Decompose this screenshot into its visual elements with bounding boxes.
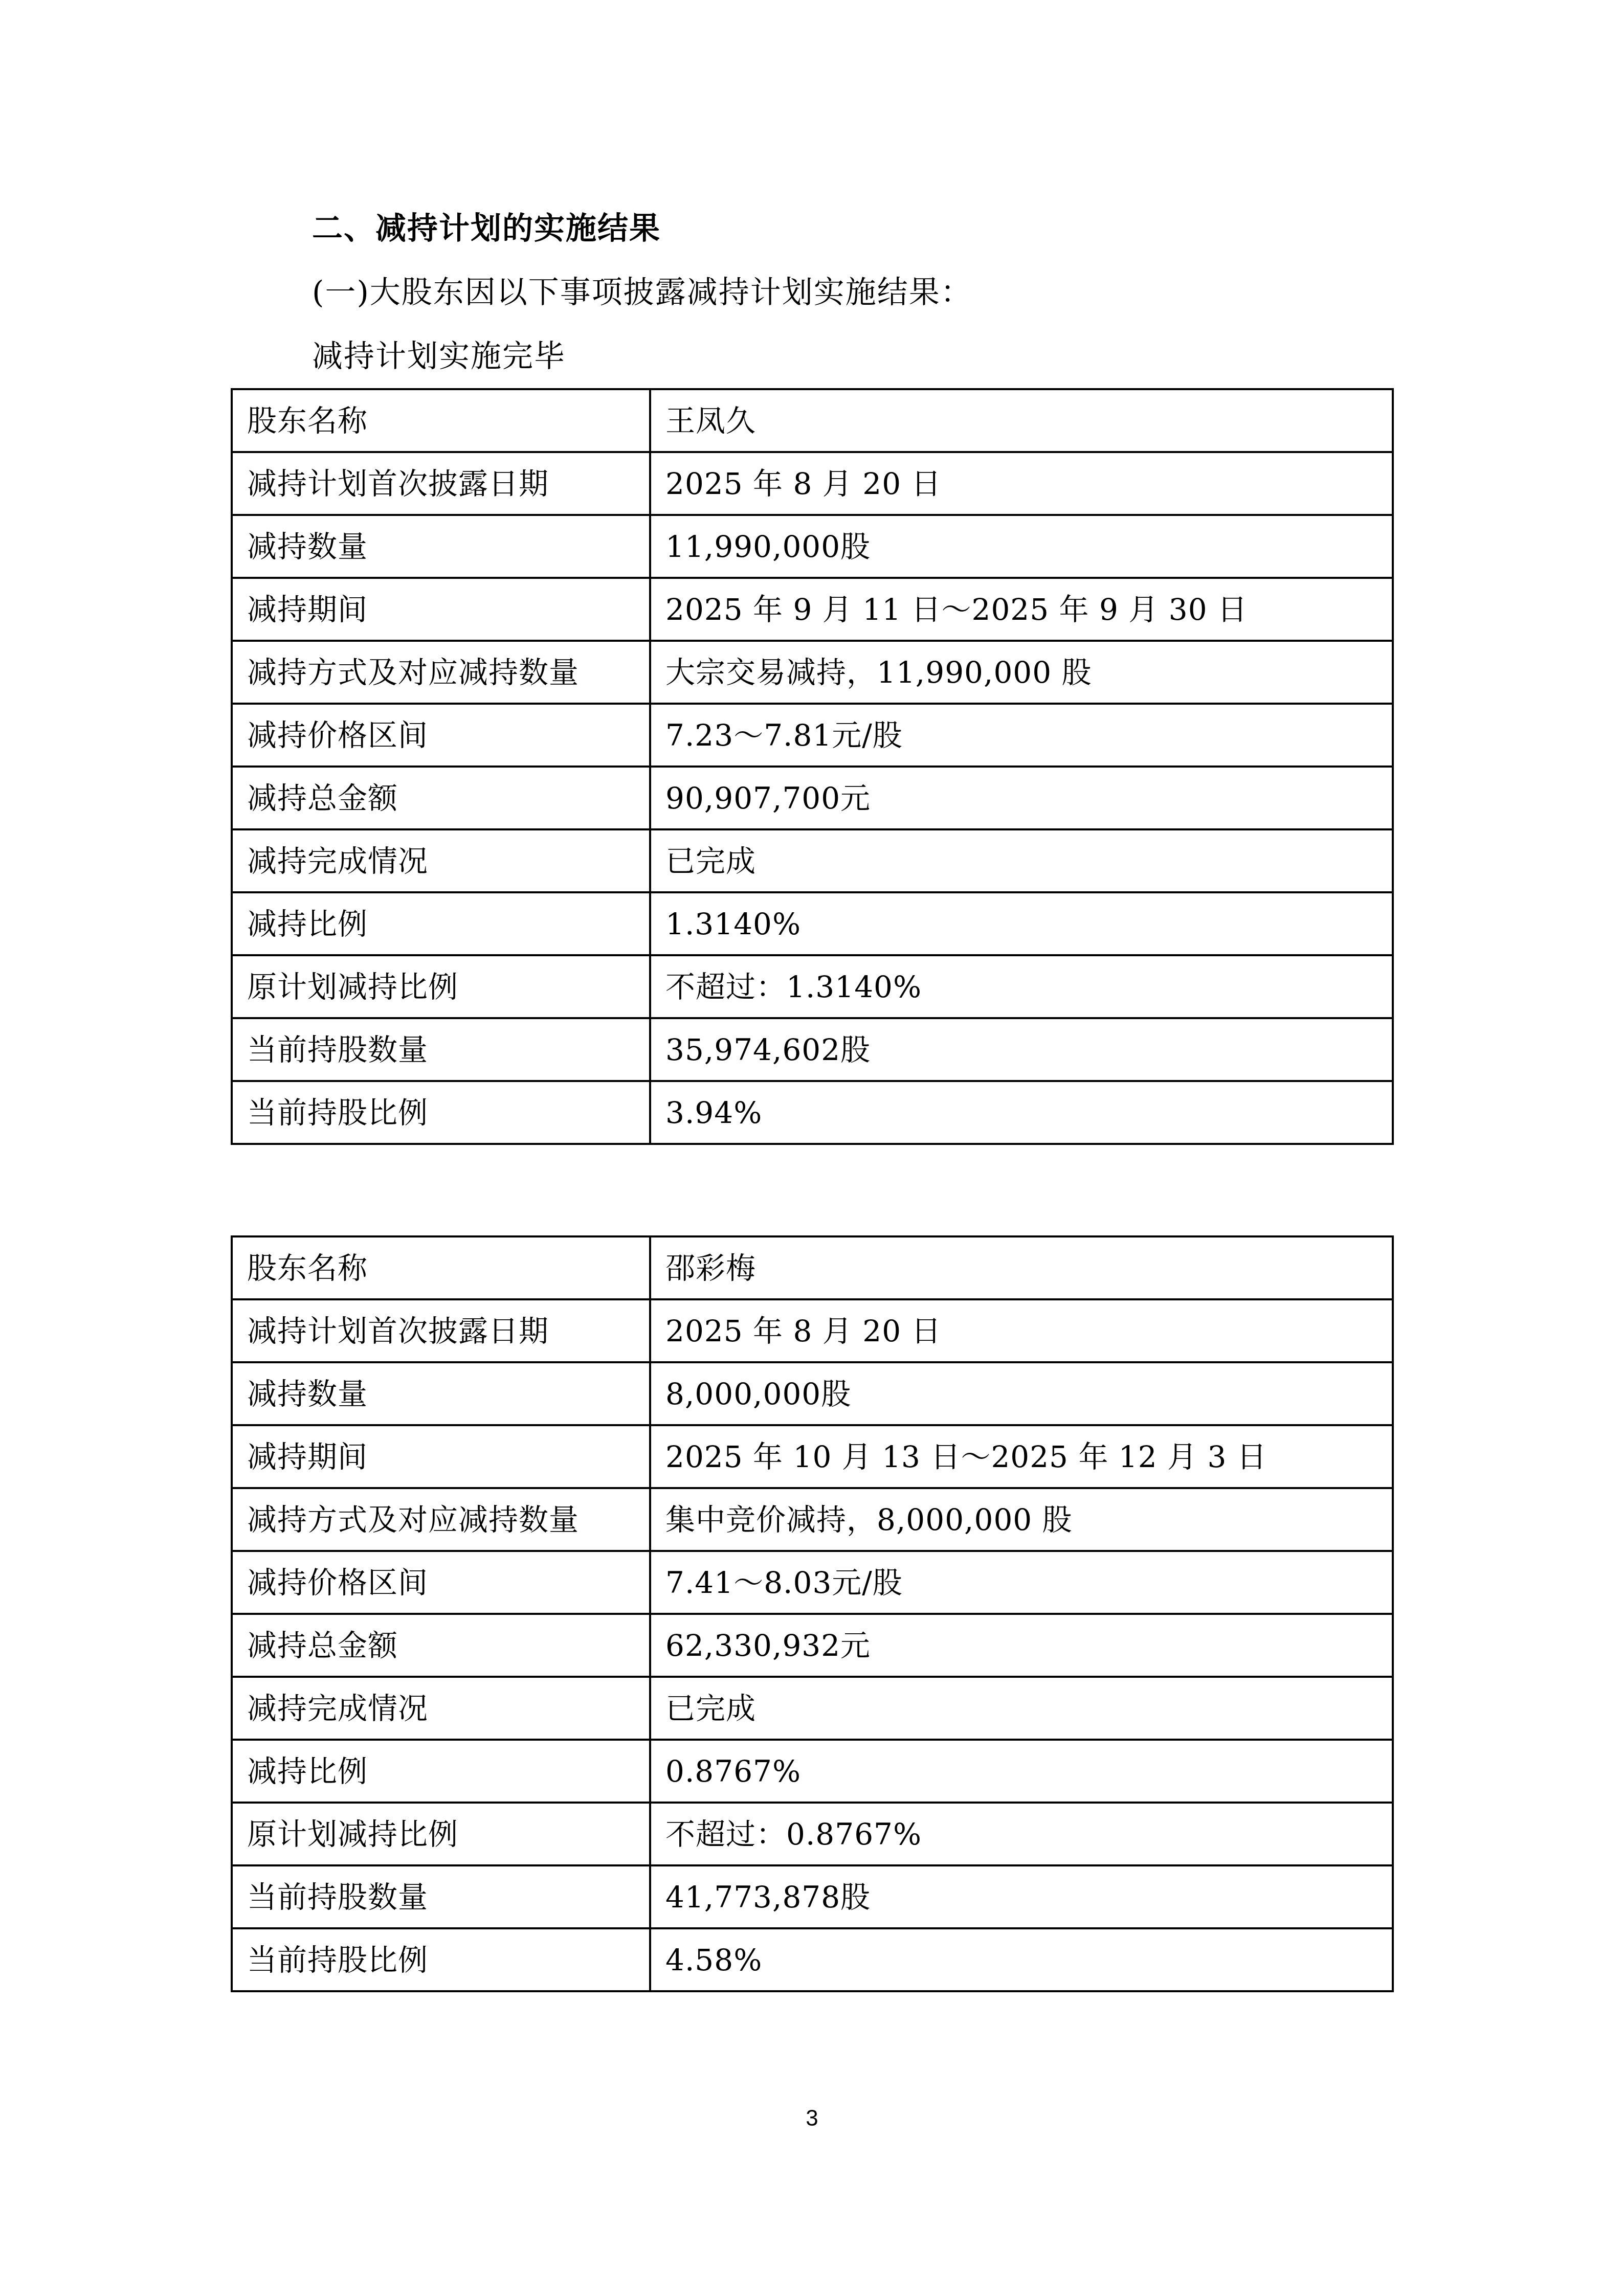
- row-value: 7.41～8.03元/股: [650, 1551, 1393, 1614]
- row-value: 8,000,000股: [650, 1362, 1393, 1425]
- table-row: 减持总金额62,330,932元: [232, 1614, 1393, 1677]
- plan-status-text: 减持计划实施完毕: [312, 339, 566, 374]
- section-heading: 二、减持计划的实施结果: [312, 211, 661, 246]
- row-label: 减持完成情况: [232, 1677, 650, 1740]
- table-row: 减持总金额90,907,700元: [232, 767, 1393, 829]
- row-label: 减持数量: [232, 515, 650, 578]
- subsection-heading: (一)大股东因以下事项披露减持计划实施结果：: [312, 275, 972, 310]
- row-label: 减持总金额: [232, 767, 650, 829]
- row-value: 4.58%: [650, 1928, 1393, 1991]
- row-value: 11,990,000股: [650, 515, 1393, 578]
- table-row: 当前持股数量41,773,878股: [232, 1865, 1393, 1928]
- row-value: 2025 年 9 月 11 日～2025 年 9 月 30 日: [650, 578, 1393, 641]
- row-label: 减持价格区间: [232, 704, 650, 767]
- row-value: 王凤久: [650, 389, 1393, 452]
- row-label: 减持方式及对应减持数量: [232, 641, 650, 704]
- row-value: 1.3140%: [650, 892, 1393, 955]
- row-label: 减持计划首次披露日期: [232, 452, 650, 515]
- table-row: 当前持股比例4.58%: [232, 1928, 1393, 1991]
- row-value: 不超过：1.3140%: [650, 955, 1393, 1018]
- row-value: 2025 年 8 月 20 日: [650, 452, 1393, 515]
- row-value: 集中竞价减持，8,000,000 股: [650, 1488, 1393, 1551]
- row-value: 0.8767%: [650, 1740, 1393, 1803]
- table-row: 减持完成情况已完成: [232, 1677, 1393, 1740]
- row-label: 减持总金额: [232, 1614, 650, 1677]
- table-row: 减持方式及对应减持数量集中竞价减持，8,000,000 股: [232, 1488, 1393, 1551]
- row-value: 35,974,602股: [650, 1018, 1393, 1081]
- table-row: 减持价格区间7.41～8.03元/股: [232, 1551, 1393, 1614]
- shareholder-table-1: 股东名称王凤久 减持计划首次披露日期2025 年 8 月 20 日 减持数量11…: [231, 388, 1394, 1145]
- row-label: 减持数量: [232, 1362, 650, 1425]
- page-number: 3: [0, 2106, 1624, 2131]
- table-row: 原计划减持比例不超过：1.3140%: [232, 955, 1393, 1018]
- row-label: 当前持股比例: [232, 1928, 650, 1991]
- row-value: 3.94%: [650, 1081, 1393, 1144]
- table-row: 原计划减持比例不超过：0.8767%: [232, 1803, 1393, 1865]
- table-row: 股东名称邵彩梅: [232, 1236, 1393, 1299]
- table-row: 减持比例1.3140%: [232, 892, 1393, 955]
- row-label: 减持期间: [232, 578, 650, 641]
- row-value: 大宗交易减持，11,990,000 股: [650, 641, 1393, 704]
- row-value: 41,773,878股: [650, 1865, 1393, 1928]
- row-label: 减持计划首次披露日期: [232, 1299, 650, 1362]
- row-label: 原计划减持比例: [232, 1803, 650, 1865]
- row-label: 减持比例: [232, 1740, 650, 1803]
- row-value: 62,330,932元: [650, 1614, 1393, 1677]
- row-label: 股东名称: [232, 1236, 650, 1299]
- table-row: 减持期间2025 年 9 月 11 日～2025 年 9 月 30 日: [232, 578, 1393, 641]
- table-row: 减持期间2025 年 10 月 13 日～2025 年 12 月 3 日: [232, 1425, 1393, 1488]
- row-value: 邵彩梅: [650, 1236, 1393, 1299]
- table-row: 减持计划首次披露日期2025 年 8 月 20 日: [232, 452, 1393, 515]
- row-label: 减持期间: [232, 1425, 650, 1488]
- table-row: 减持数量11,990,000股: [232, 515, 1393, 578]
- row-value: 不超过：0.8767%: [650, 1803, 1393, 1865]
- row-label: 减持完成情况: [232, 829, 650, 892]
- table-row: 减持价格区间7.23～7.81元/股: [232, 704, 1393, 767]
- row-value: 90,907,700元: [650, 767, 1393, 829]
- table-row: 减持计划首次披露日期2025 年 8 月 20 日: [232, 1299, 1393, 1362]
- shareholder-table-2: 股东名称邵彩梅 减持计划首次披露日期2025 年 8 月 20 日 减持数量8,…: [231, 1235, 1394, 1992]
- row-value: 2025 年 10 月 13 日～2025 年 12 月 3 日: [650, 1425, 1393, 1488]
- table-row: 减持数量8,000,000股: [232, 1362, 1393, 1425]
- table-row: 减持方式及对应减持数量大宗交易减持，11,990,000 股: [232, 641, 1393, 704]
- row-value: 2025 年 8 月 20 日: [650, 1299, 1393, 1362]
- table-row: 股东名称王凤久: [232, 389, 1393, 452]
- table-row: 当前持股比例3.94%: [232, 1081, 1393, 1144]
- table-row: 减持完成情况已完成: [232, 829, 1393, 892]
- table-row: 减持比例0.8767%: [232, 1740, 1393, 1803]
- row-label: 减持方式及对应减持数量: [232, 1488, 650, 1551]
- row-value: 7.23～7.81元/股: [650, 704, 1393, 767]
- row-value: 已完成: [650, 829, 1393, 892]
- row-label: 原计划减持比例: [232, 955, 650, 1018]
- row-value: 已完成: [650, 1677, 1393, 1740]
- row-label: 减持比例: [232, 892, 650, 955]
- row-label: 当前持股比例: [232, 1081, 650, 1144]
- row-label: 股东名称: [232, 389, 650, 452]
- row-label: 当前持股数量: [232, 1865, 650, 1928]
- row-label: 减持价格区间: [232, 1551, 650, 1614]
- table-row: 当前持股数量35,974,602股: [232, 1018, 1393, 1081]
- row-label: 当前持股数量: [232, 1018, 650, 1081]
